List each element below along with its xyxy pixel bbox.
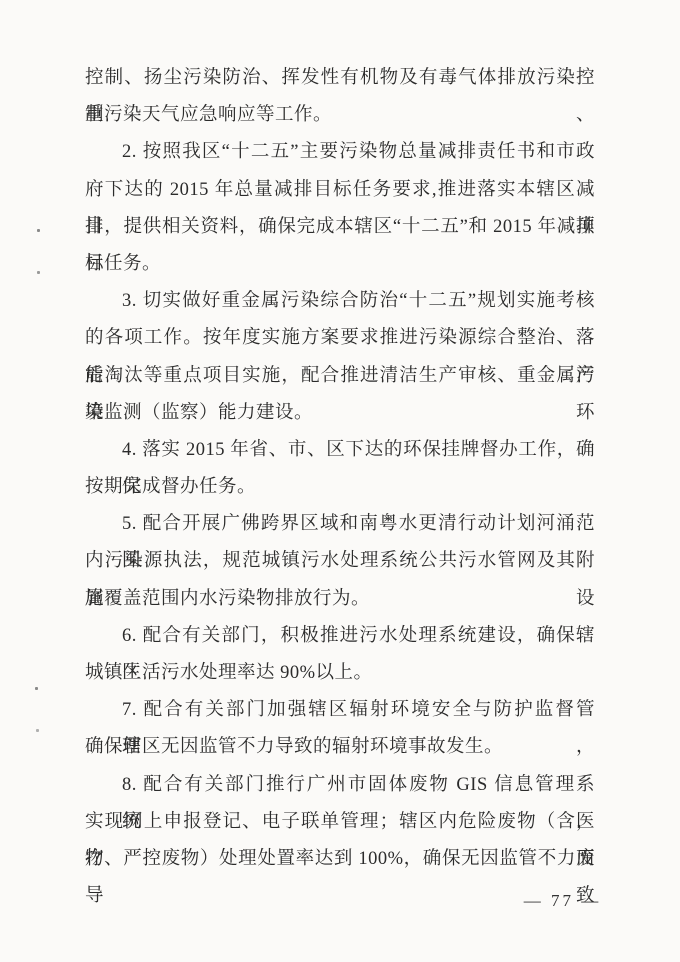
text-line: 6. 配合有关部门，积极推进污水处理系统建设，确保辖区	[85, 618, 595, 655]
text-line: 标任务。	[85, 246, 595, 283]
text-line: 4. 落实 2015 年省、市、区下达的环保挂牌督办工作，确保	[85, 432, 595, 469]
text-line: 能淘汰等重点项目实施，配合推进清洁生产审核、重金属污染环	[85, 358, 595, 395]
text-line: 府下达的 2015 年总量减排目标任务要求,推进落实本辖区减排项	[85, 172, 595, 209]
text-line: 的各项工作。按年度实施方案要求推进污染源综合整治、落后产	[85, 320, 595, 357]
page-number: — 77 —	[515, 891, 610, 911]
text-line: 7. 配合有关部门加强辖区辐射环境安全与防护监督管理，	[85, 692, 595, 729]
text-line: 控制、扬尘污染防治、挥发性有机物及有毒气体排放污染控制、	[85, 60, 595, 97]
document-page: 控制、扬尘污染防治、挥发性有机物及有毒气体排放污染控制、 重污染天气应急响应等工…	[0, 0, 680, 962]
scan-speck	[37, 271, 40, 274]
text-line: 城镇生活污水处理率达 90%以上。	[85, 655, 595, 692]
scan-speck	[35, 687, 38, 690]
text-line: 按期完成督办任务。	[85, 469, 595, 506]
body-text: 控制、扬尘污染防治、挥发性有机物及有毒气体排放污染控制、 重污染天气应急响应等工…	[85, 60, 595, 878]
text-line: 内污染源执法，规范城镇污水处理系统公共污水管网及其附属设	[85, 543, 595, 580]
text-line: 目，提供相关资料，确保完成本辖区“十二五”和 2015 年减排目	[85, 209, 595, 246]
scan-speck	[36, 729, 39, 732]
text-line: 2. 按照我区“十二五”主要污染物总量减排责任书和市政	[85, 134, 595, 171]
text-line: 物、严控废物）处理处置率达到 100%，确保无因监管不力而导致	[85, 841, 595, 878]
scan-speck	[37, 229, 40, 232]
text-line: 3. 切实做好重金属污染综合防治“十二五”规划实施考核	[85, 283, 595, 320]
text-line: 实现网上申报登记、电子联单管理；辖区内危险废物（含医疗废	[85, 804, 595, 841]
text-line: 8. 配合有关部门推行广州市固体废物 GIS 信息管理系统，	[85, 767, 595, 804]
text-line: 5. 配合开展广佛跨界区域和南粤水更清行动计划河涌范围	[85, 506, 595, 543]
